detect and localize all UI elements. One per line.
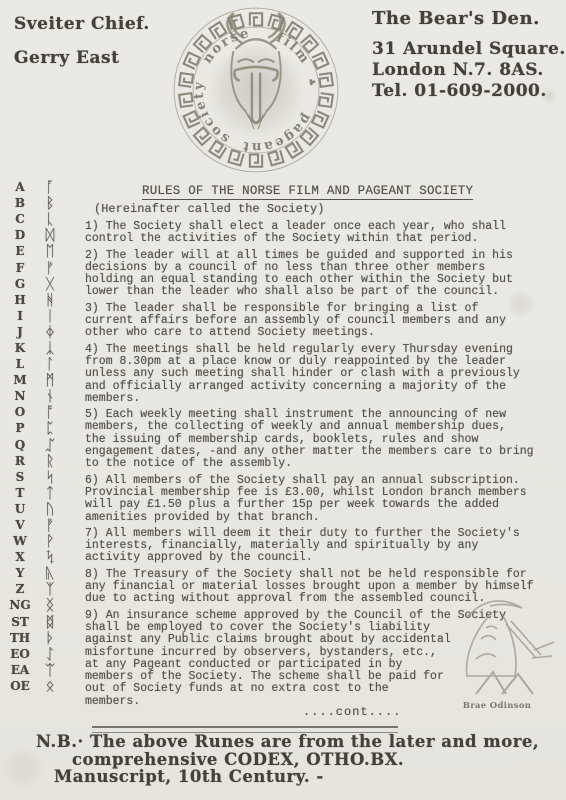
rule-paragraph-1: 1) The Society shall elect a leader once… [85, 221, 559, 246]
rule-paragraph-5: 5) Each weekly meeting shall instrument … [85, 409, 559, 470]
latin-letter: EO [5, 647, 35, 661]
latin-letter: E [5, 244, 35, 258]
latin-letter: H [5, 293, 35, 307]
viking-figure-sketch-icon [436, 584, 558, 700]
rule-paragraph-4: 4) The meetings shall be held regularly … [85, 344, 559, 405]
rune-row: Yᚣ [5, 565, 71, 581]
rune-row: Tᛏ [5, 485, 71, 501]
rune-row: THᚦ [5, 630, 71, 646]
latin-letter: TH [5, 631, 35, 645]
latin-letter: F [5, 261, 35, 275]
rune-row: STᛥ [5, 614, 71, 630]
rune-row: Sᛋ [5, 469, 71, 485]
latin-letter: U [5, 502, 35, 516]
rune-row: EOᛇ [5, 646, 71, 662]
latin-letter: I [5, 309, 35, 323]
rune-row: Wᚹ [5, 533, 71, 549]
society-emblem-stamp: norse film pageant society ♣ [170, 4, 342, 176]
rune-row: Hᚻ [5, 292, 71, 308]
sketch-caption: Brae Odinson [436, 701, 558, 711]
address-telephone: Tel. 01-609-2000. [372, 81, 566, 102]
rune-row: EAᛠ [5, 662, 71, 678]
rune-glyph: ᛟ [35, 677, 65, 695]
latin-letter: G [5, 277, 35, 291]
latin-letter: A [5, 180, 35, 194]
rune-row: Xᛪ [5, 549, 71, 565]
margin-sketch: Brae Odinson [436, 584, 558, 711]
rune-row: Pᛈ [5, 420, 71, 436]
stamp-marker-icon: ♣ [305, 77, 317, 89]
rune-row: Cᚳ [5, 211, 71, 227]
header-left-line-1: Sveiter Chief. [14, 14, 150, 34]
latin-letter: X [5, 550, 35, 564]
footnote-block: N.B.· The above Runes are from the later… [36, 733, 539, 786]
latin-letter: R [5, 454, 35, 468]
rule-paragraph-6: 6) All members of the Society shall pay … [85, 475, 559, 524]
latin-letter: Q [5, 438, 35, 452]
latin-letter: N [5, 389, 35, 403]
rune-row: OEᛟ [5, 678, 71, 694]
rune-row: Mᛗ [5, 372, 71, 388]
latin-letter: Z [5, 582, 35, 596]
footnote-line-3: Manuscript, 10th Century. - [54, 768, 539, 786]
latin-letter: J [5, 325, 35, 339]
rune-row: Kᛣ [5, 340, 71, 356]
rune-row: NGᛝ [5, 597, 71, 613]
latin-letter: OE [5, 679, 35, 693]
rune-row: Qᛢ [5, 437, 71, 453]
rune-row: Gᚷ [5, 276, 71, 292]
header-left-line-2: Gerry East [14, 48, 150, 68]
rune-row: Fᚠ [5, 259, 71, 275]
latin-letter: L [5, 357, 35, 371]
rule-paragraph-2: 2) The leader will at all times be guide… [85, 250, 559, 299]
rune-row: Lᛚ [5, 356, 71, 372]
document-title: RULES OF THE NORSE FILM AND PAGEANT SOCI… [142, 184, 473, 200]
address-house-name: The Bear's Den. [372, 8, 566, 29]
latin-letter: M [5, 373, 35, 387]
latin-letter: C [5, 212, 35, 226]
rune-row: Nᚾ [5, 388, 71, 404]
footnote-line-2: comprehensive CODEX, OTHO.BX. [72, 751, 539, 769]
latin-letter: K [5, 341, 35, 355]
latin-letter: O [5, 405, 35, 419]
address-street: 31 Arundel Square. [372, 39, 566, 60]
latin-letter: V [5, 518, 35, 532]
latin-letter: NG [5, 598, 35, 612]
rune-row: Eᛖ [5, 243, 71, 259]
header-left-block: Sveiter Chief. Gerry East [14, 14, 150, 68]
rune-row: Aᚪ [5, 179, 71, 195]
latin-letter: EA [5, 663, 35, 677]
rune-row: Rᚱ [5, 453, 71, 469]
rune-alphabet-column: AᚪBᛒCᚳDᛞEᛖFᚠGᚷHᚻIᛁJᛄKᛣLᛚMᛗNᚾOᚩPᛈQᛢRᚱSᛋTᛏ… [5, 179, 71, 694]
scanned-page: Sveiter Chief. Gerry East [0, 0, 566, 800]
latin-letter: W [5, 534, 35, 548]
rule-paragraph-3: 3) The leader shall be responsible for b… [85, 303, 559, 340]
latin-letter: ST [5, 615, 35, 629]
latin-letter: Y [5, 566, 35, 580]
rune-row: Iᛁ [5, 308, 71, 324]
footnote-line-1: N.B.· The above Runes are from the later… [36, 733, 539, 751]
latin-letter: T [5, 486, 35, 500]
continuation-note: ....cont.... [303, 705, 401, 719]
rune-row: Uᚢ [5, 501, 71, 517]
rune-row: Jᛄ [5, 324, 71, 340]
address-city: London N.7. 8AS. [372, 60, 566, 81]
latin-letter: D [5, 228, 35, 242]
rune-row: Dᛞ [5, 227, 71, 243]
header-address-block: The Bear's Den. 31 Arundel Square. Londo… [372, 8, 566, 102]
latin-letter: S [5, 470, 35, 484]
rule-paragraph-7: 7) All members will deem it their duty t… [85, 528, 559, 565]
latin-letter: P [5, 421, 35, 435]
rune-row: Oᚩ [5, 404, 71, 420]
rune-row: Vᚡ [5, 517, 71, 533]
rune-row: Zᛉ [5, 581, 71, 597]
document-subtitle: (Hereinafter called the Society) [94, 202, 324, 216]
rune-row: Bᛒ [5, 195, 71, 211]
latin-letter: B [5, 196, 35, 210]
